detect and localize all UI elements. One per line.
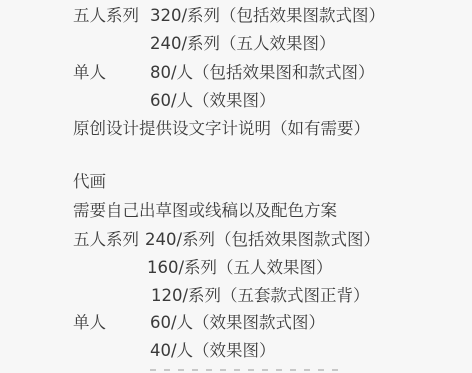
original-row-five-person-full: 五人系列 320/系列（包括效果图款式图） [0, 4, 472, 28]
row-label: 五人系列 [73, 228, 139, 252]
row-price: 120/系列（五套款式图正背） [151, 284, 370, 308]
row-price: 240/系列（包括效果图款式图） [145, 228, 380, 252]
row-price: 60/人（效果图） [150, 89, 276, 113]
price-list-document: 五人系列 320/系列（包括效果图款式图） 240/系列（五人效果图） 单人 8… [0, 0, 472, 373]
commission-row-five-person-effect: 160/系列（五人效果图） [0, 256, 472, 280]
row-price: 40/人（效果图） [150, 339, 276, 363]
row-price: 80/人（包括效果图和款式图） [150, 61, 375, 85]
section-title: 代画 [73, 170, 106, 194]
commission-title: 代画 [0, 170, 472, 194]
clipped-next-line [150, 369, 340, 373]
row-label: 单人 [73, 311, 106, 335]
commission-row-single-full: 单人 60/人（效果图款式图） [0, 311, 472, 335]
commission-row-five-person-full: 五人系列 240/系列（包括效果图款式图） [0, 228, 472, 252]
commission-row-single-effect: 40/人（效果图） [0, 339, 472, 363]
commission-row-five-person-style: 120/系列（五套款式图正背） [0, 284, 472, 308]
original-row-five-person-effect: 240/系列（五人效果图） [0, 32, 472, 56]
original-row-single-full: 单人 80/人（包括效果图和款式图） [0, 61, 472, 85]
commission-requirement-note: 需要自己出草图或线稿以及配色方案 [0, 199, 472, 223]
row-price: 160/系列（五人效果图） [147, 256, 333, 280]
row-label: 单人 [73, 61, 106, 85]
original-row-single-effect: 60/人（效果图） [0, 89, 472, 113]
note-text: 需要自己出草图或线稿以及配色方案 [73, 199, 337, 223]
row-price: 60/人（效果图款式图） [150, 311, 325, 335]
row-label: 五人系列 [73, 4, 139, 28]
row-price: 240/系列（五人效果图） [150, 32, 336, 56]
note-text: 原创设计提供设文字计说明（如有需要） [73, 117, 370, 141]
row-price: 320/系列（包括效果图款式图） [150, 4, 385, 28]
original-design-note: 原创设计提供设文字计说明（如有需要） [0, 117, 472, 141]
